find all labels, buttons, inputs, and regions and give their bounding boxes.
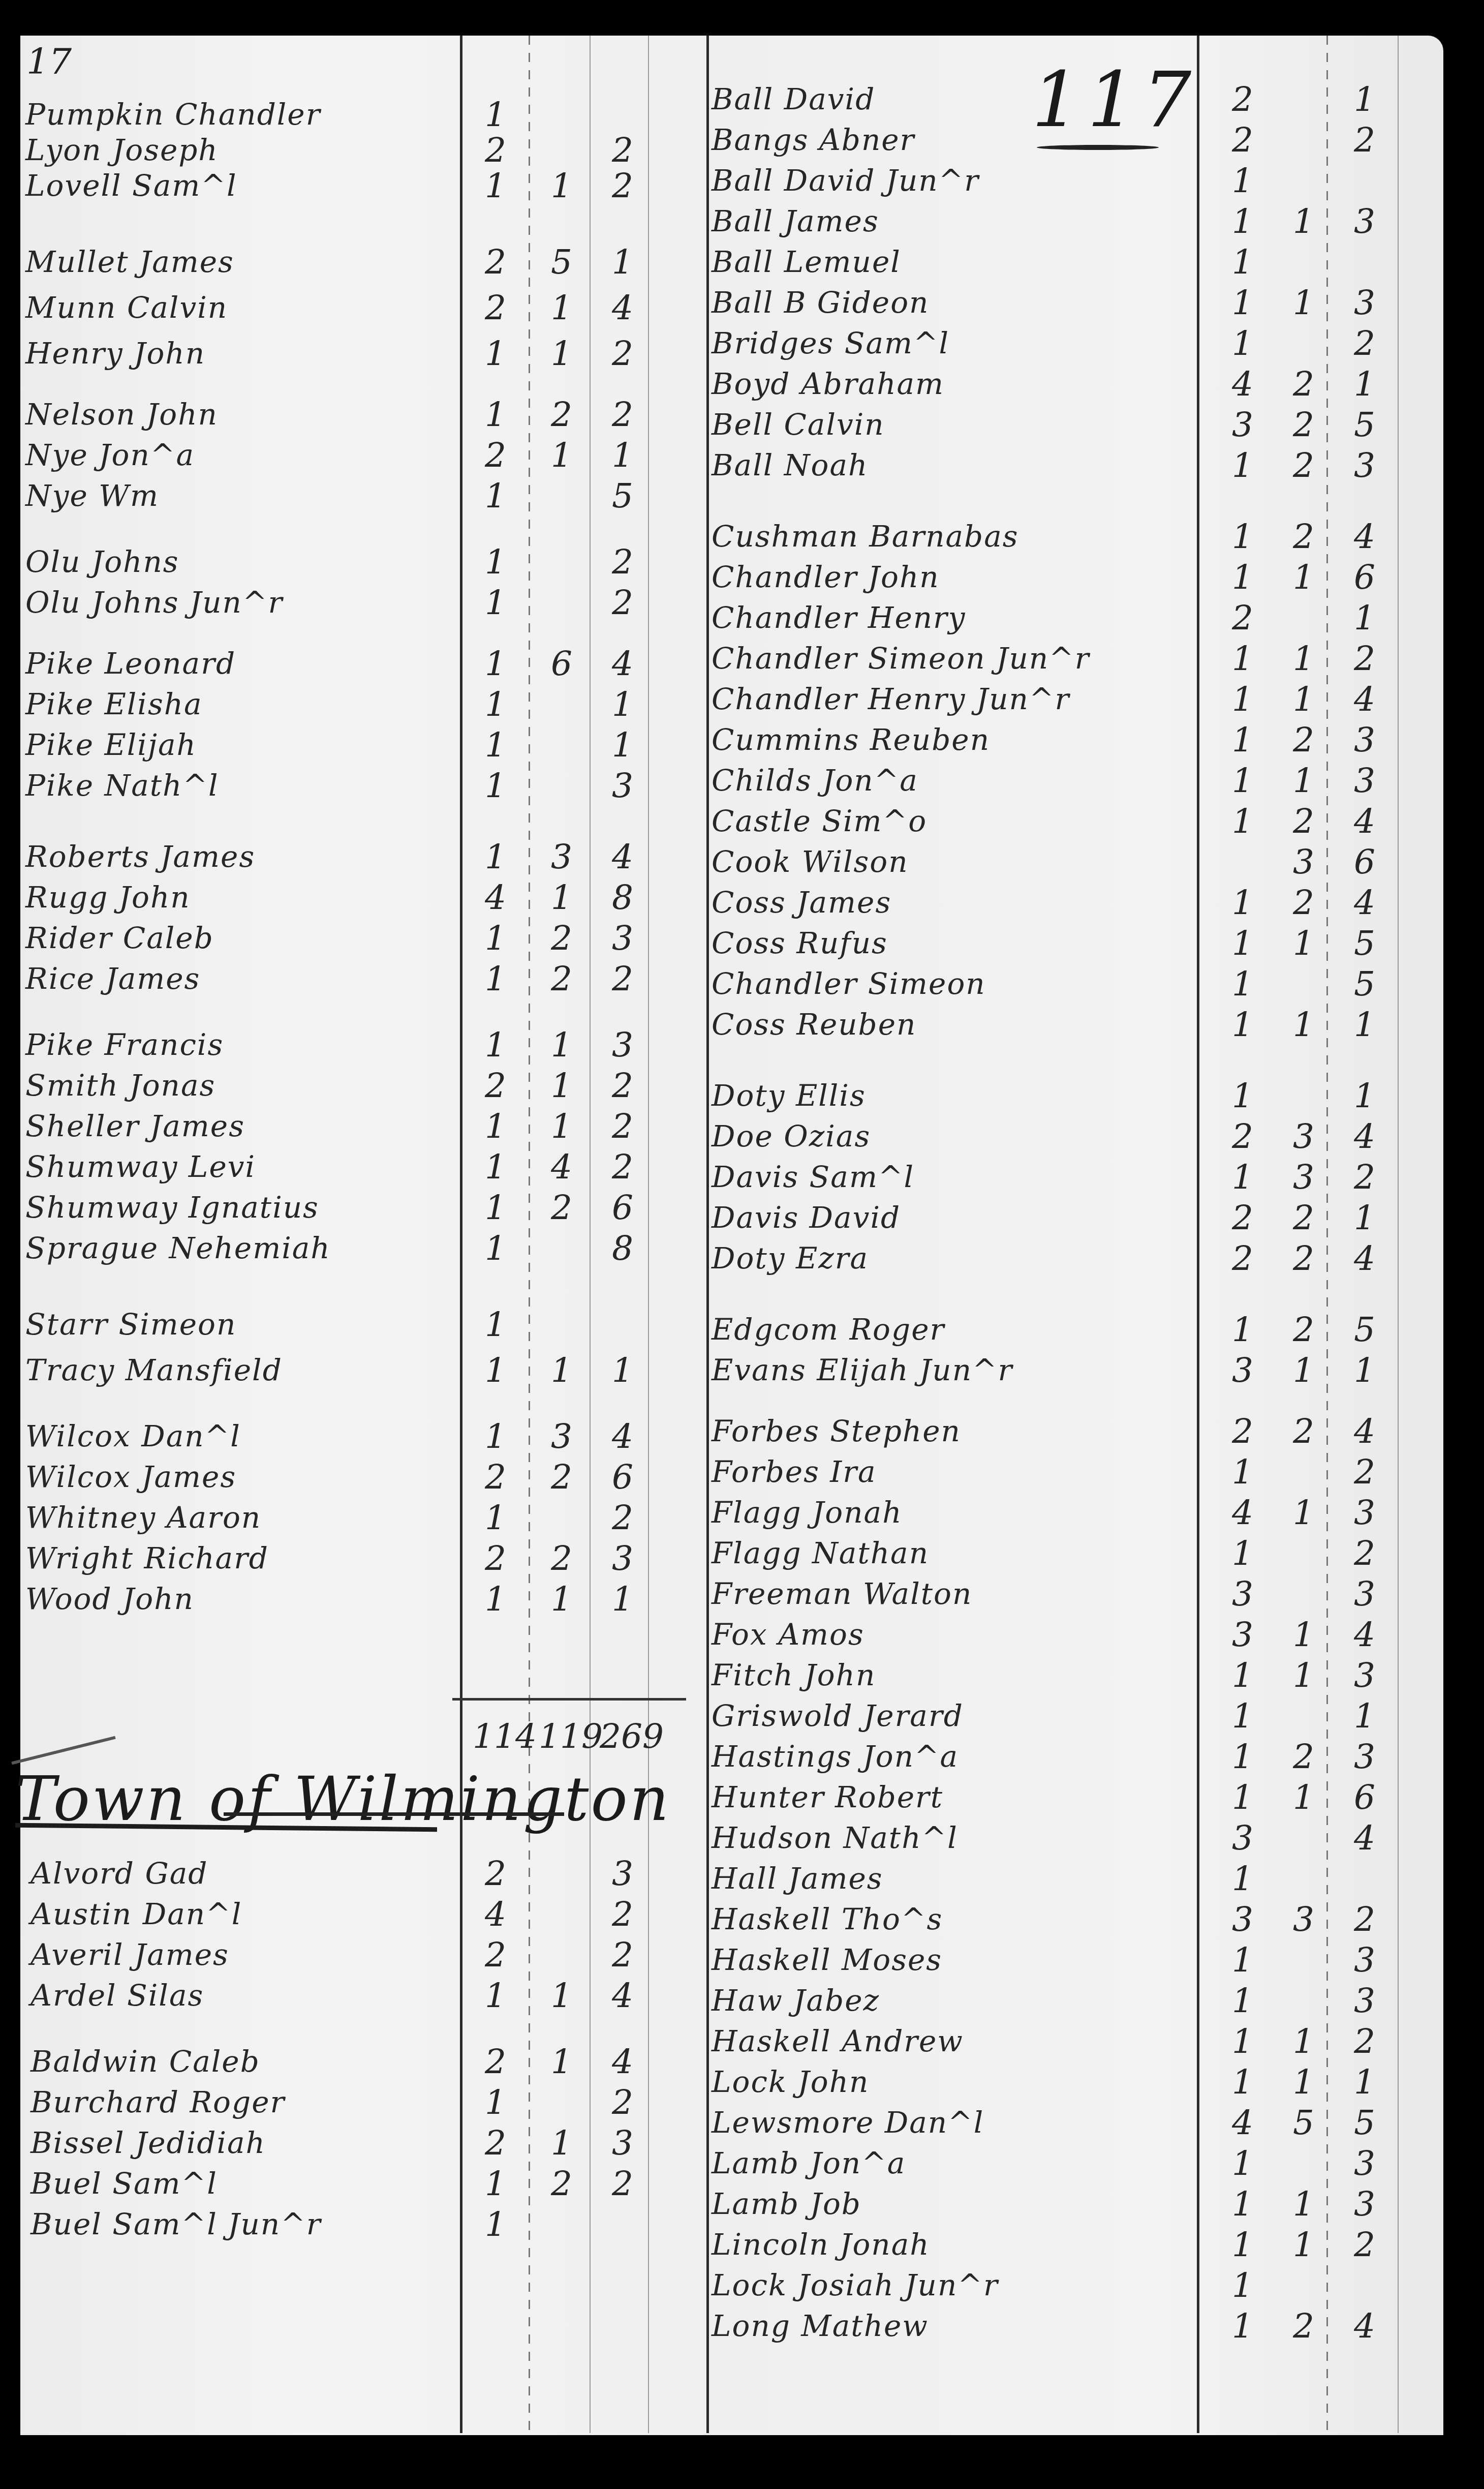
entry-name: Evans Elijah Jun^r <box>712 1353 1013 1387</box>
entry-count-c3: 4 <box>1342 2306 1387 2346</box>
ledger-row: Forbes Stephen224 <box>0 1408 1474 1454</box>
ledger-row: Ball David21 <box>0 76 1474 122</box>
entry-name: Cummins Reuben <box>712 722 990 757</box>
entry-count-c1: 1 <box>1220 1696 1265 1736</box>
ledger-row: Cummins Reuben123 <box>0 717 1474 763</box>
entry-count-c3: 6 <box>1342 1778 1387 1817</box>
entry-count-c2: 2 <box>1281 802 1326 841</box>
ledger-row: Freeman Walton33 <box>0 1571 1474 1617</box>
subtotal-c1: 114 <box>473 1717 518 1756</box>
entry-count-c3: 1 <box>1342 2062 1387 2102</box>
entry-count-c1: 1 <box>1220 1737 1265 1776</box>
entry-name: Bridges Sam^l <box>712 326 949 360</box>
entry-count-c1: 3 <box>1220 1818 1265 1858</box>
entry-count-c1: 3 <box>1220 1574 1265 1614</box>
entry-name: Hudson Nath^l <box>712 1820 958 1855</box>
entry-count-c1: 1 <box>1220 924 1265 963</box>
entry-count-c2: 1 <box>1281 1351 1326 1390</box>
entry-count-c3: 2 <box>1342 1452 1387 1492</box>
entry-count-c1: 1 <box>1220 2022 1265 2061</box>
entry-count-c1: 1 <box>1220 517 1265 556</box>
entry-count-c3: 4 <box>1342 1818 1387 1858</box>
entry-count-c3: 1 <box>1342 1005 1387 1044</box>
entry-count-c1: 1 <box>1220 2266 1265 2305</box>
ledger-row: Coss James124 <box>0 879 1474 925</box>
entry-name: Davis Sam^l <box>712 1160 914 1194</box>
entry-name: Flagg Nathan <box>712 1536 929 1570</box>
entry-count-c2: 1 <box>1281 2225 1326 2264</box>
entry-name: Edgcom Roger <box>712 1312 945 1347</box>
entry-name: Doty Ezra <box>712 1241 869 1276</box>
entry-count-c1: 1 <box>1220 680 1265 719</box>
ledger-row: Doe Ozias234 <box>0 1113 1474 1159</box>
entry-count-c2: 1 <box>1281 761 1326 800</box>
entry-count-c3: 3 <box>1342 1981 1387 2020</box>
entry-count-c3: 3 <box>1342 1493 1387 1532</box>
entry-name: Boyd Abraham <box>712 367 944 401</box>
entry-count-c1: 3 <box>1220 1615 1265 1654</box>
entry-name: Ball B Gideon <box>712 285 929 320</box>
entry-count-c2: 2 <box>1281 720 1326 760</box>
ledger-row: Flagg Jonah413 <box>0 1490 1474 1535</box>
ledger-row: Haw Jabez13 <box>0 1978 1474 2023</box>
entry-count-c1: 1 <box>1220 2225 1265 2264</box>
entry-count-c2: 1 <box>1281 680 1326 719</box>
entry-count-c1: 1 <box>1220 1310 1265 1349</box>
entry-name: Haw Jabez <box>712 1983 880 2018</box>
entry-name: Ball Noah <box>712 448 868 482</box>
entry-count-c1: 1 <box>1220 202 1265 241</box>
entry-name: Lamb Jon^a <box>712 2146 906 2180</box>
ledger-row: Childs Jon^a113 <box>0 757 1474 803</box>
ledger-row: Haskell Andrew112 <box>0 2018 1474 2064</box>
entry-count-c1: 1 <box>1220 1859 1265 1898</box>
entry-count-c1: 1 <box>1220 1158 1265 1197</box>
ledger-row: Chandler Simeon15 <box>0 961 1474 1007</box>
entry-count-c1: 1 <box>1220 720 1265 760</box>
entry-count-c3: 4 <box>1342 1615 1387 1654</box>
ledger-row: Castle Sim^o124 <box>0 798 1474 844</box>
entry-name: Chandler John <box>712 560 940 594</box>
entry-count-c1: 1 <box>1220 283 1265 322</box>
ledger-row: Evans Elijah Jun^r311 <box>0 1347 1474 1393</box>
entry-count-c3: 3 <box>1342 720 1387 760</box>
entry-count-c2: 2 <box>1281 2306 1326 2346</box>
entry-name: Doe Ozias <box>712 1119 871 1154</box>
entry-count-c2: 1 <box>1281 639 1326 678</box>
entry-count-c2: 1 <box>1281 1656 1326 1695</box>
entry-count-c2: 2 <box>1281 405 1326 444</box>
entry-count-c3: 3 <box>1342 1940 1387 1980</box>
entry-count-c1: 1 <box>1220 883 1265 922</box>
entry-name: Forbes Stephen <box>712 1414 961 1448</box>
entry-count-c3: 1 <box>1342 1696 1387 1736</box>
ledger-row: Ball David Jun^r1 <box>0 158 1474 203</box>
ledger-row: Lock John111 <box>0 2059 1474 2105</box>
entry-count-c3: 1 <box>1342 1076 1387 1115</box>
ledger-row: Doty Ezra224 <box>0 1235 1474 1281</box>
ledger-row: Haskell Tho^s332 <box>0 1896 1474 1942</box>
entry-count-c2: 1 <box>1281 2022 1326 2061</box>
entry-count-c3: 4 <box>1342 680 1387 719</box>
entry-name: Cook Wilson <box>712 844 909 879</box>
entry-name: Cushman Barnabas <box>712 519 1019 554</box>
entry-count-c1: 1 <box>1220 761 1265 800</box>
entry-count-c2: 1 <box>1281 1615 1326 1654</box>
entry-count-c1: 1 <box>1220 161 1265 200</box>
entry-count-c3: 1 <box>1342 1198 1387 1237</box>
entry-name: Lewsmore Dan^l <box>712 2105 984 2140</box>
ledger-row: Chandler Henry Jun^r114 <box>0 676 1474 722</box>
entry-count-c3: 2 <box>1342 2225 1387 2264</box>
entry-name: Hunter Robert <box>712 1780 943 1814</box>
ledger-row: Davis David221 <box>0 1195 1474 1240</box>
ledger-row: Cushman Barnabas124 <box>0 513 1474 559</box>
entry-count-c2: 1 <box>1281 2062 1326 2102</box>
entry-count-c3: 2 <box>1342 2022 1387 2061</box>
entry-count-c2: 5 <box>1281 2103 1326 2142</box>
entry-count-c3: 4 <box>1342 802 1387 841</box>
entry-count-c1: 3 <box>1220 1351 1265 1390</box>
entry-count-c3: 4 <box>1342 1412 1387 1451</box>
entry-count-c1: 4 <box>1220 1493 1265 1532</box>
entry-count-c1: 1 <box>1220 1778 1265 1817</box>
entry-count-c2: 2 <box>1281 1412 1326 1451</box>
entry-count-c3: 3 <box>1342 1737 1387 1776</box>
entry-count-c2: 3 <box>1281 842 1326 882</box>
entry-count-c3: 3 <box>1342 2144 1387 2183</box>
entry-name: Coss Rufus <box>712 926 888 960</box>
entry-count-c2: 1 <box>1281 2184 1326 2224</box>
entry-count-c1: 2 <box>1220 1412 1265 1451</box>
entry-count-c2: 2 <box>1281 517 1326 556</box>
entry-name: Griswold Jerard <box>712 1698 964 1733</box>
entry-count-c3: 5 <box>1342 964 1387 1004</box>
entry-count-c1: 1 <box>1220 802 1265 841</box>
entry-count-c1: 1 <box>1220 1940 1265 1980</box>
entry-name: Forbes Ira <box>712 1454 877 1489</box>
entry-name: Chandler Simeon <box>712 966 986 1001</box>
ledger-row: Haskell Moses13 <box>0 1937 1474 1983</box>
entry-count-c2: 2 <box>1281 446 1326 485</box>
entry-count-c1: 3 <box>1220 1900 1265 1939</box>
entry-count-c1: 1 <box>1220 1981 1265 2020</box>
entry-count-c1: 2 <box>1220 120 1265 160</box>
entry-name: Fox Amos <box>712 1617 864 1652</box>
entry-count-c1: 2 <box>1220 598 1265 638</box>
entry-count-c3: 5 <box>1342 405 1387 444</box>
entry-count-c3: 2 <box>1342 1534 1387 1573</box>
entry-count-c1: 2 <box>1220 80 1265 119</box>
entry-count-c3: 2 <box>1342 1900 1387 1939</box>
entry-count-c3: 4 <box>1342 1239 1387 1278</box>
entry-name: Lincoln Jonah <box>712 2227 930 2262</box>
entry-count-c2: 1 <box>1281 1005 1326 1044</box>
ledger-row: Forbes Ira12 <box>0 1449 1474 1495</box>
entry-name: Ball David Jun^r <box>712 163 979 198</box>
entry-name: Hall James <box>712 1861 883 1896</box>
entry-count-c2: 2 <box>1281 1310 1326 1349</box>
ledger-row: Coss Rufus115 <box>0 920 1474 966</box>
ledger-row: Lamb Job113 <box>0 2181 1474 2227</box>
ledger-row: Lewsmore Dan^l455 <box>0 2100 1474 2145</box>
entry-count-c2: 3 <box>1281 1117 1326 1156</box>
entry-count-c2: 1 <box>1281 283 1326 322</box>
entry-count-c1: 2 <box>1220 1239 1265 1278</box>
entry-count-c2: 1 <box>1281 1778 1326 1817</box>
entry-count-c3: 3 <box>1342 761 1387 800</box>
entry-count-c3: 4 <box>1342 1117 1387 1156</box>
ledger-row: Ball B Gideon113 <box>0 280 1474 325</box>
entry-count-c2: 3 <box>1281 1158 1326 1197</box>
entry-name: Ball Lemuel <box>712 245 901 279</box>
entry-count-c3: 3 <box>1342 2184 1387 2224</box>
section-underline <box>224 1812 564 1816</box>
entry-count-c1: 1 <box>1220 558 1265 597</box>
ledger-row: Doty Ellis11 <box>0 1073 1474 1118</box>
entry-count-c1: 1 <box>1220 2184 1265 2224</box>
entry-count-c1: 1 <box>1220 1452 1265 1492</box>
entry-name: Childs Jon^a <box>712 763 918 798</box>
entry-count-c3: 3 <box>1342 283 1387 322</box>
entry-count-c3: 5 <box>1342 2103 1387 2142</box>
entry-name: Lock Josiah Jun^r <box>712 2268 999 2302</box>
entry-count-c1: 1 <box>1220 242 1265 282</box>
ledger-row: Bridges Sam^l12 <box>0 320 1474 366</box>
ledger-row: Lamb Jon^a13 <box>0 2140 1474 2186</box>
entry-count-c2: 2 <box>1281 1198 1326 1237</box>
entry-count-c1: 1 <box>1220 1656 1265 1695</box>
entry-count-c1: 1 <box>1220 2306 1265 2346</box>
entry-count-c3: 3 <box>1342 1656 1387 1695</box>
entry-count-c2: 2 <box>1281 883 1326 922</box>
entry-count-c2: 2 <box>1281 365 1326 404</box>
entry-count-c3: 3 <box>1342 202 1387 241</box>
entry-count-c1: 2 <box>1220 1117 1265 1156</box>
entry-name: Lamb Job <box>712 2187 861 2221</box>
entry-count-c3: 1 <box>1342 365 1387 404</box>
entry-name: Haskell Andrew <box>712 2024 964 2058</box>
entry-name: Chandler Henry Jun^r <box>712 682 1070 716</box>
entry-name: Doty Ellis <box>712 1078 866 1113</box>
entry-count-c2: 2 <box>1281 1737 1326 1776</box>
ledger-row: Lincoln Jonah112 <box>0 2222 1474 2267</box>
entry-count-c1: 1 <box>1220 1005 1265 1044</box>
entry-count-c1: 1 <box>1220 2062 1265 2102</box>
subtotal-c2: 119 <box>539 1717 584 1756</box>
ledger-row: Hall James1 <box>0 1856 1474 1901</box>
entry-name: Ball David <box>712 82 875 116</box>
entry-count-c1: 1 <box>1220 639 1265 678</box>
ledger-row: Fox Amos314 <box>0 1612 1474 1657</box>
entry-count-c3: 2 <box>1342 639 1387 678</box>
ledger-row: Chandler Simeon Jun^r112 <box>0 635 1474 681</box>
ledger-row: Fitch John113 <box>0 1652 1474 1698</box>
ledger-row: Coss Reuben111 <box>0 1001 1474 1047</box>
entry-count-c1: 1 <box>1220 2144 1265 2183</box>
entry-count-c3: 1 <box>1342 1351 1387 1390</box>
ledger-row: Edgcom Roger125 <box>0 1307 1474 1352</box>
entry-name: Fitch John <box>712 1658 876 1692</box>
entry-count-c3: 4 <box>1342 517 1387 556</box>
entry-name: Hastings Jon^a <box>712 1739 959 1774</box>
entry-count-c3: 3 <box>1342 446 1387 485</box>
entry-name: Chandler Henry <box>712 600 966 635</box>
ledger-row: Cook Wilson36 <box>0 839 1474 885</box>
entry-name: Bangs Abner <box>712 123 915 157</box>
entry-count-c2: 1 <box>1281 558 1326 597</box>
entry-name: Chandler Simeon Jun^r <box>712 641 1090 676</box>
entry-count-c2: 2 <box>1281 1239 1326 1278</box>
entry-count-c1: 1 <box>1220 964 1265 1004</box>
entry-count-c3: 3 <box>1342 1574 1387 1614</box>
entry-count-c1: 4 <box>1220 365 1265 404</box>
entry-count-c3: 6 <box>1342 558 1387 597</box>
ledger-row: Flagg Nathan12 <box>0 1530 1474 1576</box>
entry-count-c2: 1 <box>1281 202 1326 241</box>
entry-count-c3: 5 <box>1342 924 1387 963</box>
ledger-row: Chandler Henry21 <box>0 595 1474 641</box>
ledger-row: Lock Josiah Jun^r1 <box>0 2262 1474 2308</box>
ledger-row: Boyd Abraham421 <box>0 361 1474 407</box>
entry-count-c3: 1 <box>1342 80 1387 119</box>
entry-count-c3: 2 <box>1342 1158 1387 1197</box>
entry-name: Ball James <box>712 204 879 238</box>
entry-name: Lock John <box>712 2065 869 2099</box>
entry-count-c1: 4 <box>1220 2103 1265 2142</box>
entry-name: Haskell Tho^s <box>712 1902 943 1936</box>
ledger-row: Bangs Abner22 <box>0 117 1474 163</box>
entry-name: Coss James <box>712 885 891 920</box>
entry-name: Castle Sim^o <box>712 804 927 838</box>
ledger-row: Long Mathew124 <box>0 2303 1474 2349</box>
entry-count-c1: 1 <box>1220 1534 1265 1573</box>
entry-count-c1: 1 <box>1220 324 1265 363</box>
entry-name: Coss Reuben <box>712 1007 916 1042</box>
entry-count-c1: 1 <box>1220 446 1265 485</box>
entry-count-c1: 2 <box>1220 1198 1265 1237</box>
entry-count-c3: 4 <box>1342 883 1387 922</box>
entry-count-c2: 1 <box>1281 1493 1326 1532</box>
entry-name: Freeman Walton <box>712 1576 972 1611</box>
ledger-row: Bell Calvin325 <box>0 402 1474 447</box>
entry-count-c1: 1 <box>1220 1076 1265 1115</box>
entry-count-c3: 5 <box>1342 1310 1387 1349</box>
entry-count-c3: 1 <box>1342 598 1387 638</box>
entry-count-c2: 3 <box>1281 1900 1326 1939</box>
entry-count-c1: 3 <box>1220 405 1265 444</box>
entry-name: Davis David <box>712 1200 901 1235</box>
entry-count-c2: 1 <box>1281 924 1326 963</box>
entry-name: Flagg Jonah <box>712 1495 903 1530</box>
subtotal-c3: 269 <box>600 1717 645 1756</box>
totals-rule <box>452 1698 686 1701</box>
ledger-row: Chandler John116 <box>0 554 1474 600</box>
entry-count-c3: 2 <box>1342 324 1387 363</box>
ledger-row: Ball Lemuel1 <box>0 239 1474 285</box>
entry-name: Long Mathew <box>712 2309 929 2343</box>
ledger-row: Davis Sam^l132 <box>0 1154 1474 1200</box>
entry-count-c3: 2 <box>1342 120 1387 160</box>
subtotal-row: 114 119 269 <box>0 1713 712 1759</box>
ledger-row: Ball James113 <box>0 198 1474 244</box>
entry-count-c3: 6 <box>1342 842 1387 882</box>
entry-name: Haskell Moses <box>712 1942 942 1977</box>
ledger-row: Ball Noah123 <box>0 442 1474 488</box>
entry-name: Bell Calvin <box>712 407 885 442</box>
